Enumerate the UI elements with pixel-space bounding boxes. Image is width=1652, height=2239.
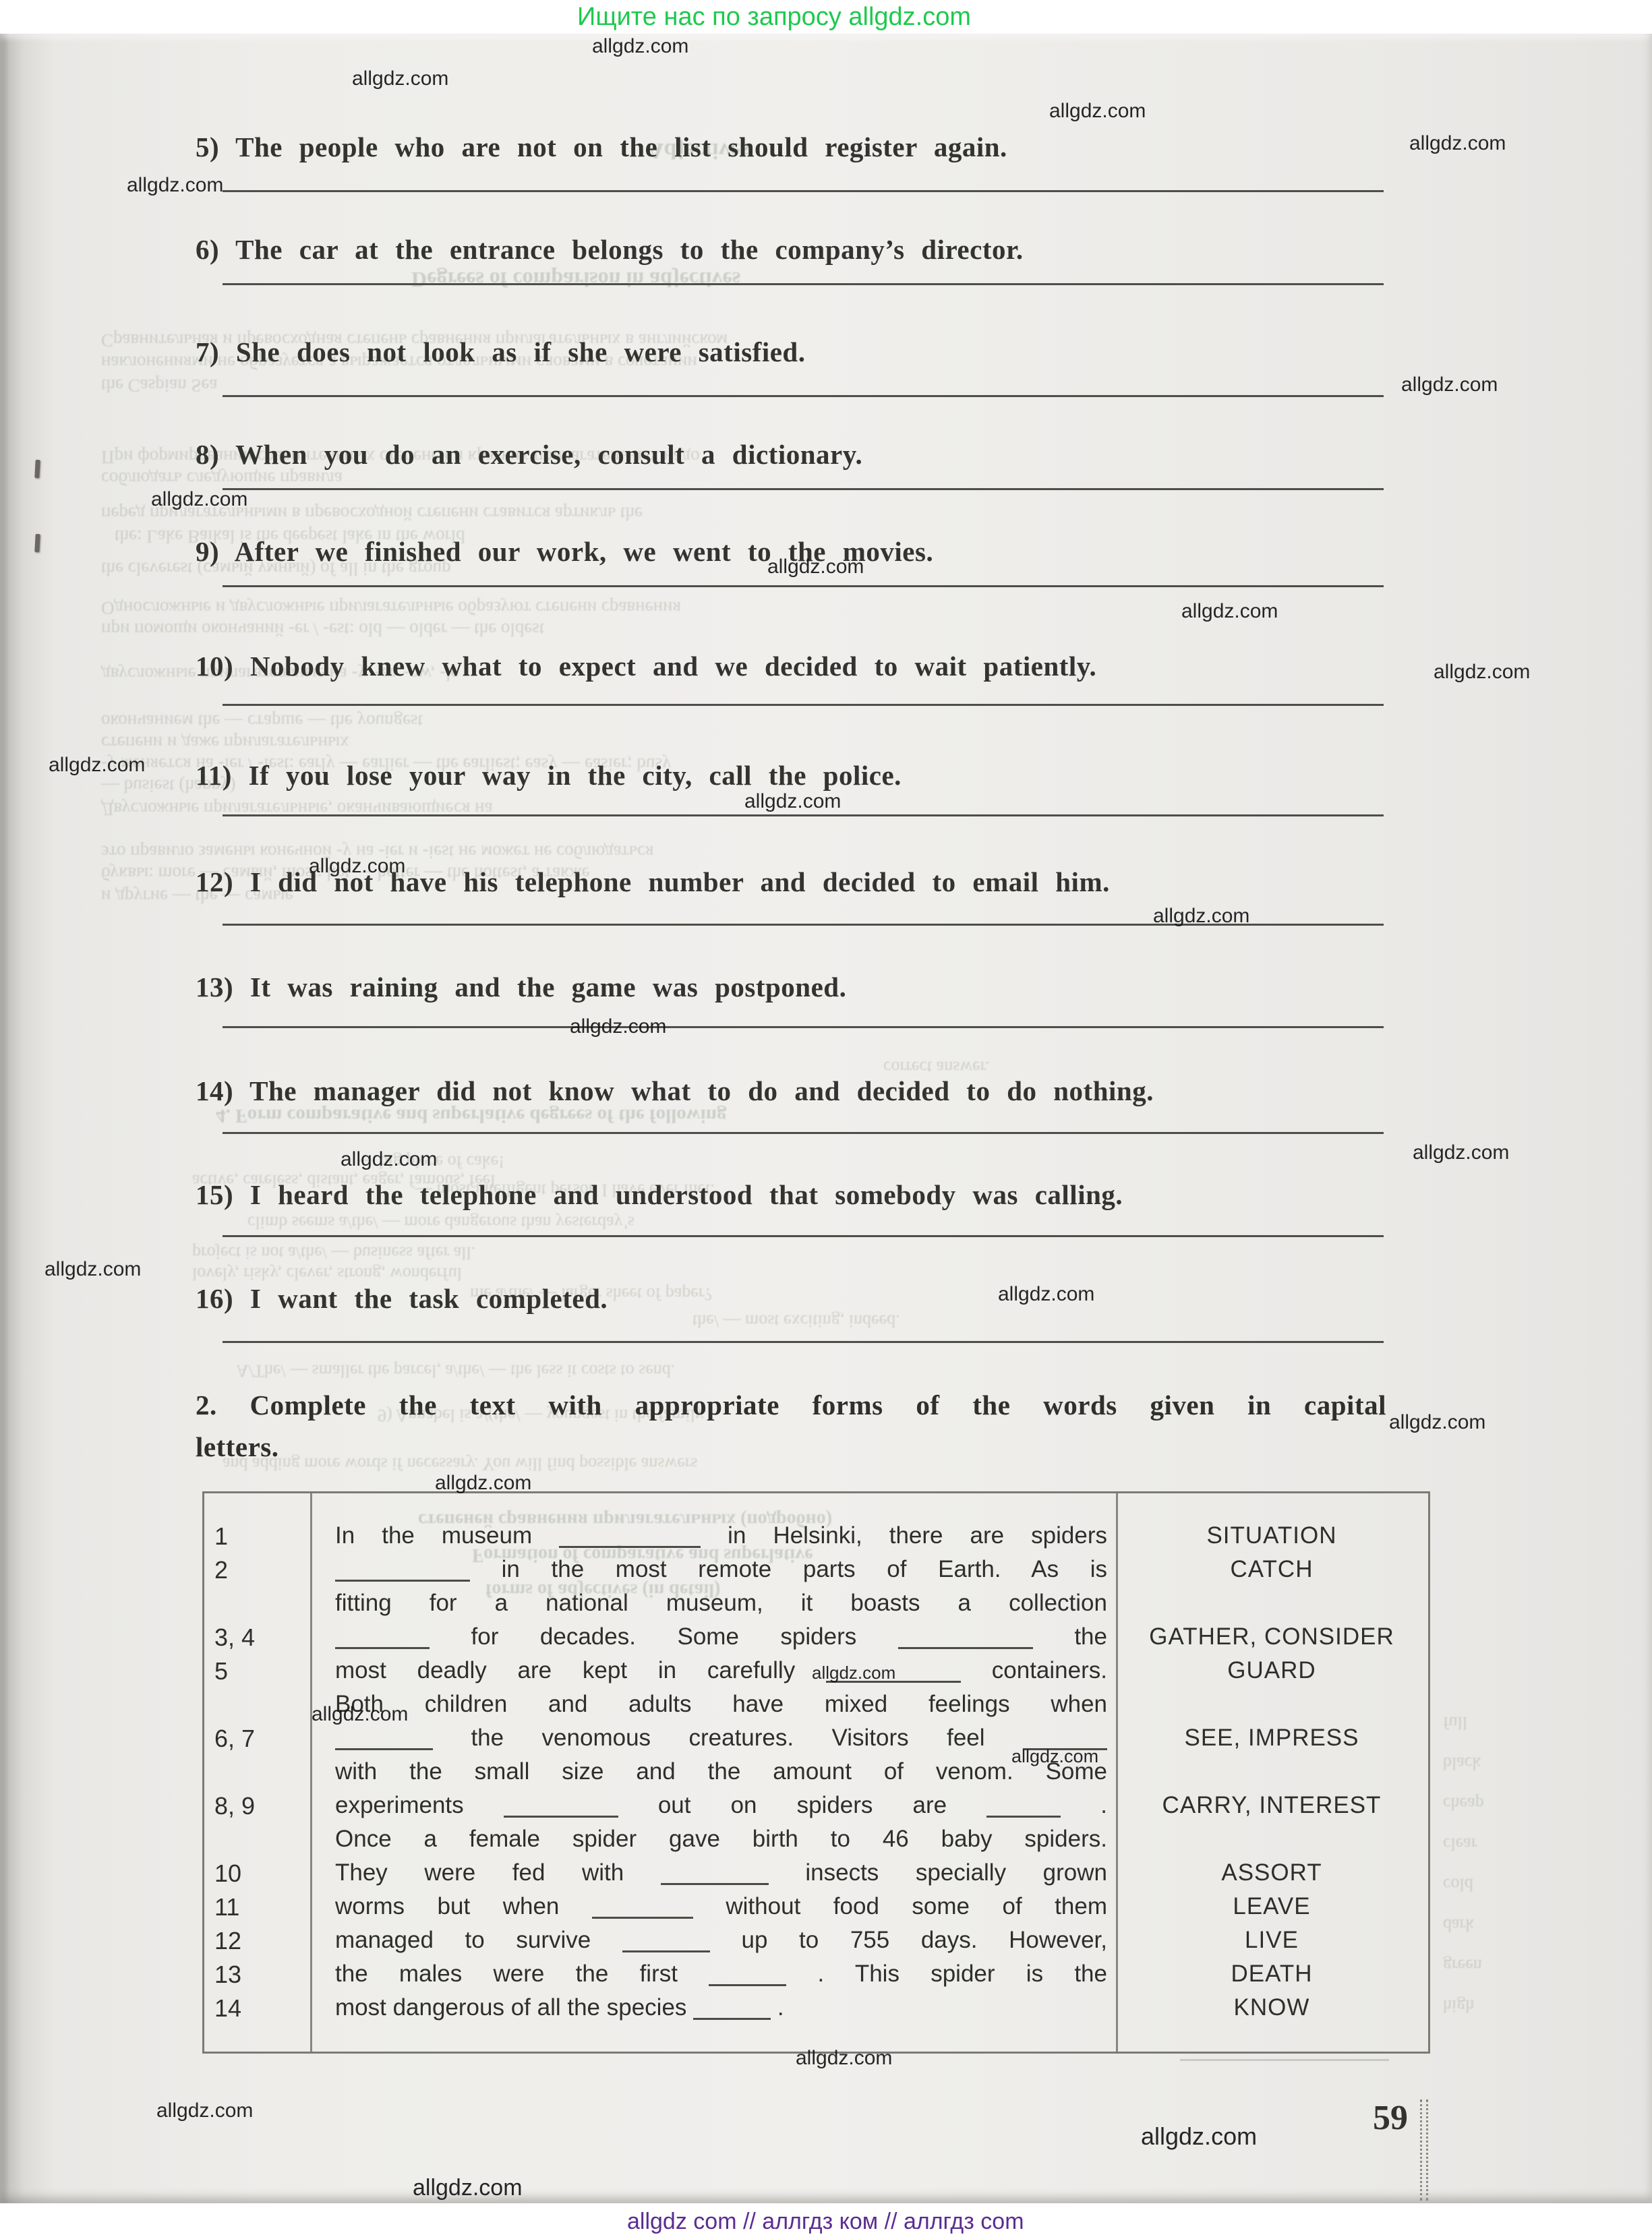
ghost-text: climb seems a/the/ — more dangerous than…: [247, 1212, 635, 1232]
watermark: allgdz.com: [1434, 661, 1530, 684]
table-row-number: 10: [214, 1859, 241, 1888]
table-text-segment: in Helsinki, there are spiders: [728, 1522, 1107, 1549]
page-edge-line: [1420, 2099, 1422, 2201]
table-row-text: fitting for a national museum, it boasts…: [335, 1590, 1107, 1617]
answer-line: [223, 488, 1384, 490]
task2-heading-line1: 2. Complete the text with appropriate fo…: [196, 1390, 1386, 1421]
answer-line: [223, 283, 1384, 285]
capital-word-hint: GATHER, CONSIDER: [1119, 1623, 1424, 1650]
watermark: allgdz.com: [812, 1663, 895, 1683]
table-row-number: 1: [214, 1522, 228, 1551]
table-row-text: for decades. Some spiders the: [335, 1623, 1107, 1650]
answer-line: [223, 814, 1384, 816]
table-text-segment: most deadly are kept in carefully: [335, 1657, 795, 1683]
watermark: allgdz.com: [413, 2175, 523, 2201]
watermark: allgdz.com: [1011, 1746, 1098, 1767]
ghost-text: cheap: [1443, 1793, 1484, 1814]
table-text-segment: worms but when: [335, 1893, 559, 1919]
ghost-text: Degrees of comparison in adjectives: [411, 267, 740, 292]
table-text-segment: without food some of them: [726, 1893, 1107, 1919]
answer-line: [223, 1235, 1384, 1237]
site-promo-text: Ищите нас по запросу allgdz.com: [577, 3, 971, 32]
sentence-text: 14) The manager did not know what to do …: [196, 1076, 1477, 1106]
answer-blank: [335, 1747, 433, 1750]
watermark: allgdz.com: [151, 488, 247, 511]
answer-blank: [622, 1949, 710, 1952]
table-row-number: 14: [214, 1994, 241, 2023]
capital-word-hint: CATCH: [1119, 1556, 1424, 1583]
capital-word-hint: SEE, IMPRESS: [1119, 1725, 1424, 1752]
capital-word-hint: CARRY, INTEREST: [1119, 1792, 1424, 1819]
ghost-text: correct answer.: [883, 1057, 989, 1077]
ghost-text: the Caspian Sea: [101, 375, 217, 396]
ghost-text: при помощи окончаний -er / -est: old — o…: [101, 619, 544, 640]
ghost-text: степени и даже прилагательных: [101, 732, 349, 753]
watermark: allgdz.com: [312, 1703, 408, 1726]
table-text-segment: Both children and adults have mixed feel…: [335, 1691, 1107, 1717]
capital-word-hint: DEATH: [1119, 1961, 1424, 1988]
watermark: allgdz.com: [309, 855, 405, 878]
table-text-segment: .: [777, 1994, 784, 2021]
table-text-segment: up to 755 days. However,: [741, 1927, 1107, 1953]
staple-mark: [34, 460, 40, 478]
table-text-segment: out on spiders are: [658, 1792, 947, 1818]
answer-line: [223, 1132, 1384, 1134]
sentence-text: 16) I want the task completed.: [196, 1284, 1477, 1314]
table-row-number: 6, 7: [214, 1725, 255, 1753]
answer-line: [223, 1341, 1384, 1343]
answer-line: [223, 1026, 1384, 1028]
table-text-segment: containers.: [992, 1657, 1107, 1683]
watermark: allgdz.com: [1413, 1141, 1509, 1164]
capital-word-hint: KNOW: [1119, 1994, 1424, 2021]
table-text-segment: Once a female spider gave birth to 46 ba…: [335, 1826, 1107, 1852]
table-row-text: worms but when without food some of them: [335, 1893, 1107, 1920]
answer-blank: [693, 2017, 771, 2020]
table-row-text: the venomous creatures. Visitors feel: [335, 1725, 1107, 1752]
table-row-text: most deadly are kept in carefully contai…: [335, 1657, 1107, 1684]
table-row-number: 8, 9: [214, 1792, 255, 1820]
ghost-text: lovely, risky, clever, strong, wonderful: [192, 1263, 462, 1284]
answer-blank: [986, 1814, 1061, 1818]
watermark: allgdz.com: [341, 1148, 437, 1171]
watermark: allgdz.com: [767, 556, 864, 578]
table-text-segment: managed to survive: [335, 1927, 591, 1953]
answer-line: [223, 704, 1384, 706]
ghost-text: full: [1443, 1712, 1467, 1733]
answer-line: [223, 190, 1384, 192]
ghost-text: black: [1443, 1753, 1481, 1773]
table-text-segment: They were fed with: [335, 1859, 624, 1886]
watermark: allgdz.com: [1401, 374, 1498, 396]
watermark: allgdz.com: [1049, 100, 1146, 123]
ghost-text: high: [1443, 1996, 1474, 2016]
table-text-segment: the males were the first: [335, 1961, 678, 1987]
answer-blank: [592, 1915, 693, 1919]
table-row-number: 11: [214, 1893, 239, 1921]
table-text-segment: most dangerous of all the species: [335, 1994, 686, 2021]
ghost-text: green: [1443, 1955, 1482, 1975]
ghost-text: окончанием the — старше — the youngest: [101, 711, 423, 732]
table-text-segment: In the museum: [335, 1522, 532, 1549]
table-row-number: 3, 4: [214, 1623, 255, 1652]
table-text-segment: the venomous creatures. Visitors feel: [471, 1725, 984, 1751]
ghost-text: соблюдать следующие правила: [101, 468, 343, 489]
watermark: allgdz.com: [127, 174, 223, 197]
ghost-text: cold: [1443, 1874, 1473, 1894]
capital-word-hint: LIVE: [1119, 1927, 1424, 1954]
watermark: allgdz.com: [592, 35, 688, 58]
answer-line: [223, 395, 1384, 397]
watermark: allgdz.com: [45, 1258, 141, 1281]
table-text-segment: in the most remote parts of Earth. As is: [502, 1556, 1107, 1582]
table-text-segment: the: [1074, 1623, 1107, 1650]
page-edge-line: [1426, 2099, 1428, 2201]
capital-word-hint: ASSORT: [1119, 1859, 1424, 1886]
table-text-segment: insects specially grown: [805, 1859, 1107, 1886]
answer-blank: [661, 1882, 769, 1885]
staple-mark: [34, 534, 40, 552]
table-text-segment: experiments: [335, 1792, 464, 1818]
answer-blank: [335, 1646, 430, 1649]
table-text-segment: fitting for a national museum, it boasts…: [335, 1590, 1107, 1616]
sentence-text: 6) The car at the entrance belongs to th…: [196, 235, 1477, 265]
capital-word-hint: LEAVE: [1119, 1893, 1424, 1920]
watermark: allgdz.com: [1153, 905, 1249, 928]
table-column-divider: [1116, 1493, 1118, 2052]
sentence-text: 13) It was raining and the game was post…: [196, 972, 1477, 1003]
sentence-text: 10) Nobody knew what to expect and we de…: [196, 651, 1477, 682]
table-row-number: 13: [214, 1961, 241, 1989]
ghost-text: Односложные и двусложные прилагательные …: [101, 597, 681, 618]
answer-blank: [559, 1545, 701, 1548]
answer-line: [223, 585, 1384, 587]
table-row-text: experiments out on spiders are .: [335, 1792, 1107, 1819]
sentence-text: 15) I heard the telephone and understood…: [196, 1180, 1477, 1210]
table-row-text: managed to survive up to 755 days. Howev…: [335, 1927, 1107, 1954]
capital-word-hint: SITUATION: [1119, 1522, 1424, 1549]
ghost-line: [1180, 2059, 1389, 2061]
scanned-workbook-page: Ищите нас по запросу allgdz.com Adjectiv…: [0, 0, 1652, 2239]
watermark: allgdz.com: [998, 1283, 1094, 1306]
table-row-number: 5: [214, 1657, 228, 1685]
watermark: allgdz.com: [796, 2047, 892, 2070]
ghost-text: 4. Form comparative and superlative degr…: [216, 1104, 726, 1127]
sentence-text: 8) When you do an exercise, consult a di…: [196, 440, 1477, 470]
task2-heading-line2: letters.: [196, 1432, 1386, 1462]
table-column-divider: [310, 1493, 312, 2052]
table-text-segment: with the small size and the amount of ve…: [335, 1758, 1107, 1785]
table-row-text: Once a female spider gave birth to 46 ba…: [335, 1826, 1107, 1853]
table-text-segment: for decades. Some spiders: [471, 1623, 857, 1650]
sentence-text: 5) The people who are not on the list sh…: [196, 132, 1477, 162]
table-row-text: with the small size and the amount of ve…: [335, 1758, 1107, 1785]
sentence-text: 11) If you lose your way in the city, ca…: [196, 760, 1477, 791]
table-row-text: Both children and adults have mixed feel…: [335, 1691, 1107, 1718]
table-row-text: In the museum in Helsinki, there are spi…: [335, 1522, 1107, 1549]
ghost-text: clear: [1443, 1834, 1477, 1854]
capital-word-hint: GUARD: [1119, 1657, 1424, 1684]
watermark: allgdz.com: [352, 67, 448, 90]
watermark: allgdz.com: [49, 754, 145, 777]
footer-site-text: allgdz com // аллгдз ком // аллгдз com: [627, 2209, 1024, 2235]
ghost-text: A/The/ — smaller the parcel, a/the/ — th…: [236, 1361, 675, 1381]
table-row-text: the males were the first . This spider i…: [335, 1961, 1107, 1988]
watermark: allgdz.com: [1389, 1411, 1485, 1434]
answer-blank: [898, 1646, 1033, 1649]
table-row-text: most dangerous of all the species .: [335, 1994, 1107, 2021]
watermark: allgdz.com: [1141, 2122, 1257, 2151]
sentence-text: 7) She does not look as if she were sati…: [196, 337, 1477, 367]
watermark: allgdz.com: [435, 1472, 531, 1495]
page-number: 59: [1373, 2098, 1408, 2138]
watermark: allgdz.com: [570, 1015, 666, 1038]
table-row-text: They were fed with insects specially gro…: [335, 1859, 1107, 1886]
watermark: allgdz.com: [744, 790, 841, 813]
answer-blank: [709, 1983, 786, 1986]
table-row-text: in the most remote parts of Earth. As is: [335, 1556, 1107, 1583]
table-row-number: 12: [214, 1927, 241, 1955]
table-row-number: 2: [214, 1556, 228, 1584]
watermark: allgdz.com: [1181, 600, 1278, 623]
table-text-segment: . This spider is the: [817, 1961, 1107, 1987]
watermark: allgdz.com: [156, 2099, 253, 2122]
ghost-text: project is not a/the/ — business after a…: [192, 1243, 475, 1263]
watermark: allgdz.com: [1409, 132, 1506, 155]
ghost-text: dark: [1443, 1915, 1474, 1935]
table-text-segment: .: [1100, 1792, 1107, 1818]
answer-blank: [504, 1814, 618, 1818]
answer-blank: [335, 1578, 470, 1582]
